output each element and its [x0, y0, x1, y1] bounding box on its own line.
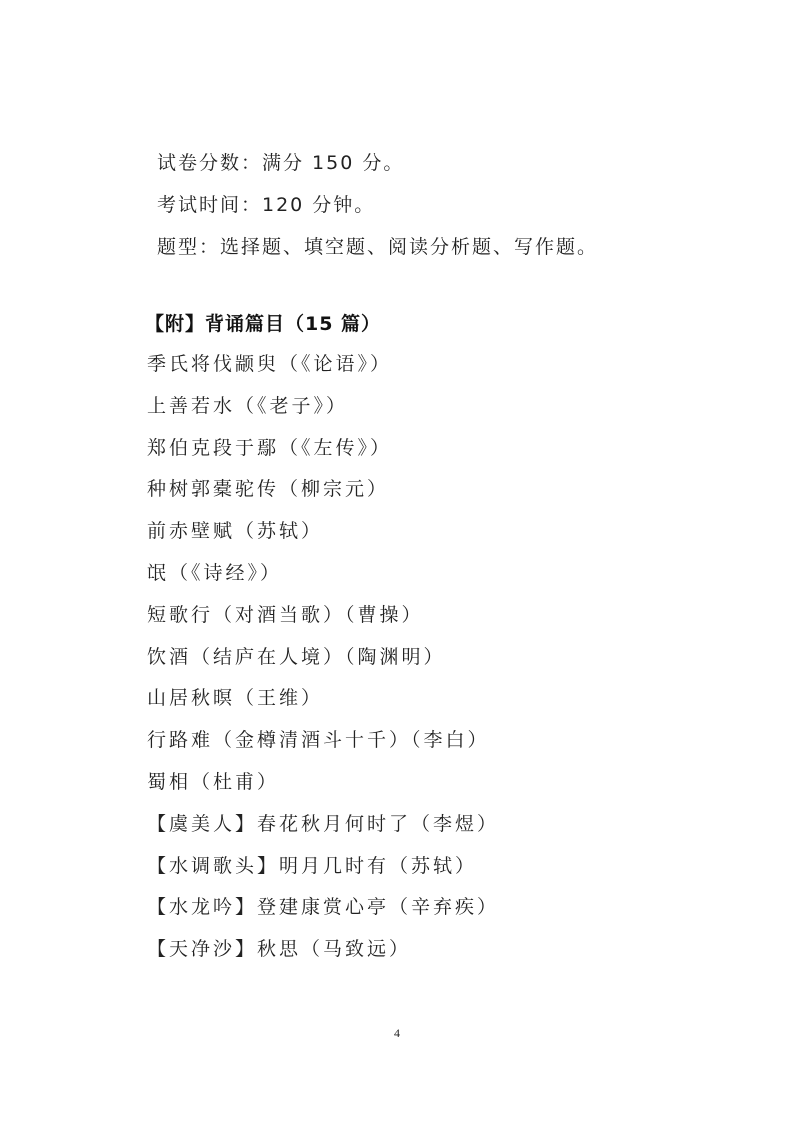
recitation-item: 上善若水（《老子》）: [147, 386, 499, 428]
recitation-item: 前赤壁赋（苏轼）: [147, 511, 499, 553]
recitation-item: 郑伯克段于鄢（《左传》）: [147, 428, 499, 470]
exam-time-line: 考试时间：120 分钟。: [157, 184, 598, 226]
recitation-item: 【水龙吟】登建康赏心亭（辛弃疾）: [147, 887, 499, 929]
recitation-heading: 【附】背诵篇目（15 篇）: [145, 306, 381, 342]
recitation-item: 饮酒（结庐在人境）（陶渊明）: [147, 637, 499, 679]
recitation-list: 季氏将伐颛臾（《论语》） 上善若水（《老子》） 郑伯克段于鄢（《左传》） 种树郭…: [147, 344, 499, 971]
recitation-item: 【天净沙】秋思（马致远）: [147, 929, 499, 971]
exam-score-line: 试卷分数：满分 150 分。: [157, 142, 598, 184]
recitation-item: 氓（《诗经》）: [147, 553, 499, 595]
exam-question-types-line: 题型：选择题、填空题、阅读分析题、写作题。: [157, 226, 598, 268]
recitation-item: 种树郭橐驼传（柳宗元）: [147, 469, 499, 511]
recitation-item: 行路难（金樽清酒斗十千）（李白）: [147, 720, 499, 762]
recitation-item: 【水调歌头】明月几时有（苏轼）: [147, 846, 499, 888]
recitation-item: 【虞美人】春花秋月何时了（李煜）: [147, 804, 499, 846]
exam-info-section: 试卷分数：满分 150 分。 考试时间：120 分钟。 题型：选择题、填空题、阅…: [157, 142, 598, 268]
document-page: 试卷分数：满分 150 分。 考试时间：120 分钟。 题型：选择题、填空题、阅…: [0, 0, 794, 1122]
recitation-item: 山居秋暝（王维）: [147, 678, 499, 720]
page-number: 4: [0, 1026, 794, 1041]
recitation-item: 蜀相（杜甫）: [147, 762, 499, 804]
recitation-item: 短歌行（对酒当歌）（曹操）: [147, 595, 499, 637]
recitation-item: 季氏将伐颛臾（《论语》）: [147, 344, 499, 386]
